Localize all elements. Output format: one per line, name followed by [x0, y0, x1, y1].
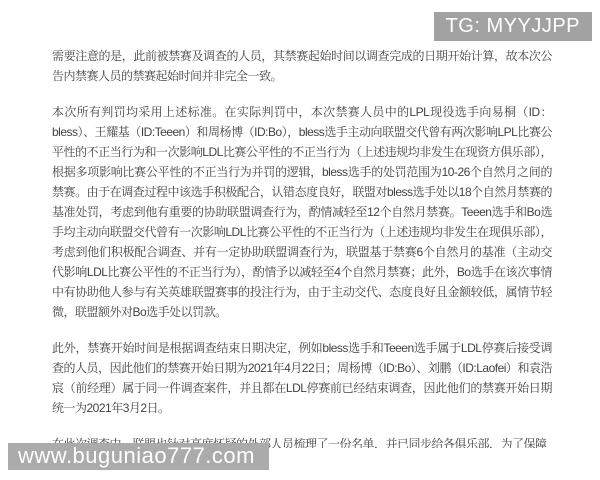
paragraph-ban-start-notice: 需要注意的是，此前被禁赛及调查的人员，其禁赛起始时间以调查完成的日期开始计算，故…: [52, 46, 552, 86]
telegram-contact-badge: TG: MYYJJPP: [434, 12, 592, 41]
site-watermark: www.buguniao777.com: [8, 443, 269, 470]
document-page: TG: MYYJJPP 需要注意的是，此前被禁赛及调查的人员，其禁赛起始时间以调…: [0, 0, 600, 480]
paragraph-player-penalties: 本次所有判罚均采用上述标准。在实际判罚中，本次禁赛人员中的LPL现役选手向易桐（…: [52, 102, 552, 322]
announcement-text: 需要注意的是，此前被禁赛及调查的人员，其禁赛起始时间以调查完成的日期开始计算，故…: [52, 46, 552, 448]
paragraph-ban-start-dates: 此外，禁赛开始时间是根据调查结束日期决定，例如bless选手和Teeen选手属于…: [52, 338, 552, 418]
